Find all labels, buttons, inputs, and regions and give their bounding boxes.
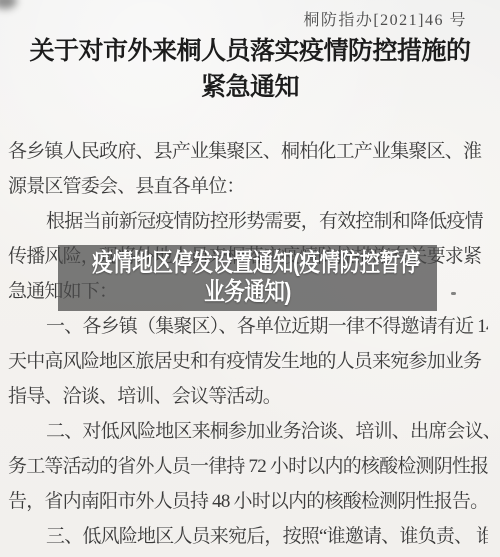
document-body-line: 根据当前新冠疫情防控形势需要，有效控制和降低疫情 (8, 204, 488, 239)
ink-speck (451, 292, 456, 295)
document-body-line: 三、低风险地区人员来宛后，按照“谁邀请、谁负责、 谁 (8, 519, 488, 554)
document-body-line: 二、对低风险地区来桐参加业务洽谈、培训、出席会议、 (8, 414, 488, 449)
overlay-banner-line1: 疫情地区停发设置通知(疫情防控暂停 (92, 249, 403, 278)
document-body-line: 一、各乡镇（集聚区）、各单位近期一律不得邀请有近 14 (8, 309, 488, 344)
doc-body: 各乡镇人民政府、县产业集聚区、桐柏化工产业集聚区、淮源景区管委会、县直各单位：根… (8, 134, 488, 554)
document-body-line: 告，省内南阳市外人员持 48 小时以内的核酸检测阴性报告。 (8, 484, 488, 519)
overlay-banner-text: 疫情地区停发设置通知(疫情防控暂停 业务通知) (92, 249, 403, 307)
doc-title-line2: 紧急通知 (0, 69, 500, 105)
document-body-line: 务工等活动的省外人员一律持 72 小时以内的核酸检测阴性报 (8, 449, 488, 484)
document-body-line: 指导、洽谈、培训、会议等活动。 (8, 379, 488, 414)
paper-corner-smudge (0, 0, 17, 9)
overlay-banner-line2: 业务通知) (92, 278, 403, 307)
doc-title-line1: 关于对市外来桐人员落实疫情防控措施的 (0, 33, 500, 69)
overlay-banner: 疫情地区停发设置通知(疫情防控暂停 业务通知) (58, 245, 437, 311)
document-page: 桐防指办[2021]46 号 关于对市外来桐人员落实疫情防控措施的 紧急通知 各… (0, 0, 500, 557)
document-body-line: 源景区管委会、县直各单位： (8, 169, 488, 204)
doc-number: 桐防指办[2021]46 号 (303, 7, 467, 30)
document-body-line: 天中高风险地区旅居史和有疫情发生地的人员来宛参加业务 (8, 344, 488, 379)
doc-title: 关于对市外来桐人员落实疫情防控措施的 紧急通知 (0, 33, 500, 105)
document-body-line: 各乡镇人民政府、县产业集聚区、桐柏化工产业集聚区、淮 (8, 134, 488, 169)
